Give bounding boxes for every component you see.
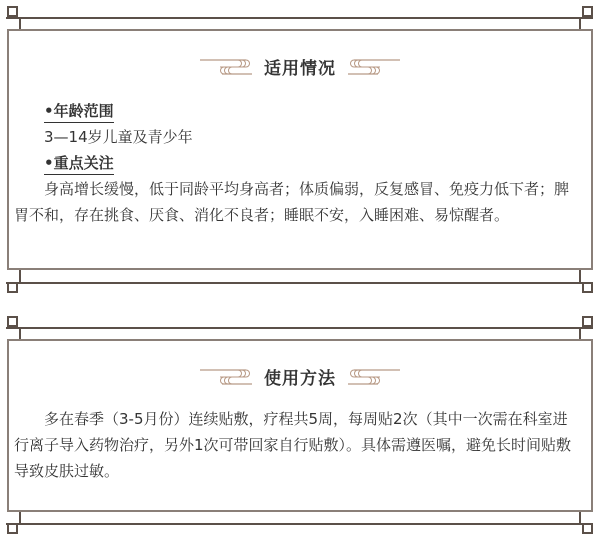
- cloud-scroll-right-icon: [348, 57, 400, 77]
- section-body: 多在春季（3-5月份）连续贴敷，疗程共5周，每周贴2次（其中一次需在科室进行离子…: [14, 406, 582, 484]
- section-body: •年龄范围 3—14岁儿童及青少年 •重点关注 身高增长缓慢，低于同龄平均身高者…: [14, 98, 582, 228]
- cloud-scroll-left-icon: [200, 57, 252, 77]
- key-focus-text: 身高增长缓慢，低于同龄平均身高者；体质偏弱，反复感冒、免疫力低下者；脾胃不和，存…: [14, 176, 582, 228]
- age-range-text: 3—14岁儿童及青少年: [44, 124, 582, 150]
- frame-stem: [579, 327, 581, 339]
- cloud-scroll-left-icon: [200, 367, 252, 387]
- frame-stem: [19, 327, 21, 339]
- frame-rail-top: [6, 17, 593, 19]
- section-suitable-conditions: 适用情况 •年龄范围 3—14岁儿童及青少年 •重点关注 身高增长缓慢，低于同龄…: [0, 0, 600, 296]
- frame-rail-bottom: [6, 523, 593, 525]
- frame-corner-bottom-right: [582, 282, 593, 293]
- subheading-age-range: •年龄范围: [44, 100, 114, 123]
- frame-corner-bottom-left: [7, 282, 18, 293]
- frame-rail-top: [6, 327, 593, 329]
- section-title-row: 使用方法: [0, 364, 600, 389]
- subheading-key-focus: •重点关注: [44, 152, 114, 175]
- frame-corner-top-left: [7, 6, 18, 17]
- section-title-row: 适用情况: [0, 54, 600, 79]
- section-usage-method: 使用方法 多在春季（3-5月份）连续贴敷，疗程共5周，每周贴2次（其中一次需在科…: [0, 310, 600, 540]
- frame-corner-bottom-right: [582, 523, 593, 534]
- frame-stem: [579, 270, 581, 282]
- frame-rail-bottom: [6, 282, 593, 284]
- usage-method-text: 多在春季（3-5月份）连续贴敷，疗程共5周，每周贴2次（其中一次需在科室进行离子…: [14, 406, 582, 484]
- frame-stem: [19, 270, 21, 282]
- frame-corner-bottom-left: [7, 523, 18, 534]
- cloud-scroll-right-icon: [348, 367, 400, 387]
- frame-corner-top-left: [7, 316, 18, 327]
- frame-corner-top-right: [582, 6, 593, 17]
- frame-corner-top-right: [582, 316, 593, 327]
- frame-stem: [19, 17, 21, 29]
- section-title: 适用情况: [264, 54, 336, 79]
- section-title: 使用方法: [264, 364, 336, 389]
- frame-stem: [579, 17, 581, 29]
